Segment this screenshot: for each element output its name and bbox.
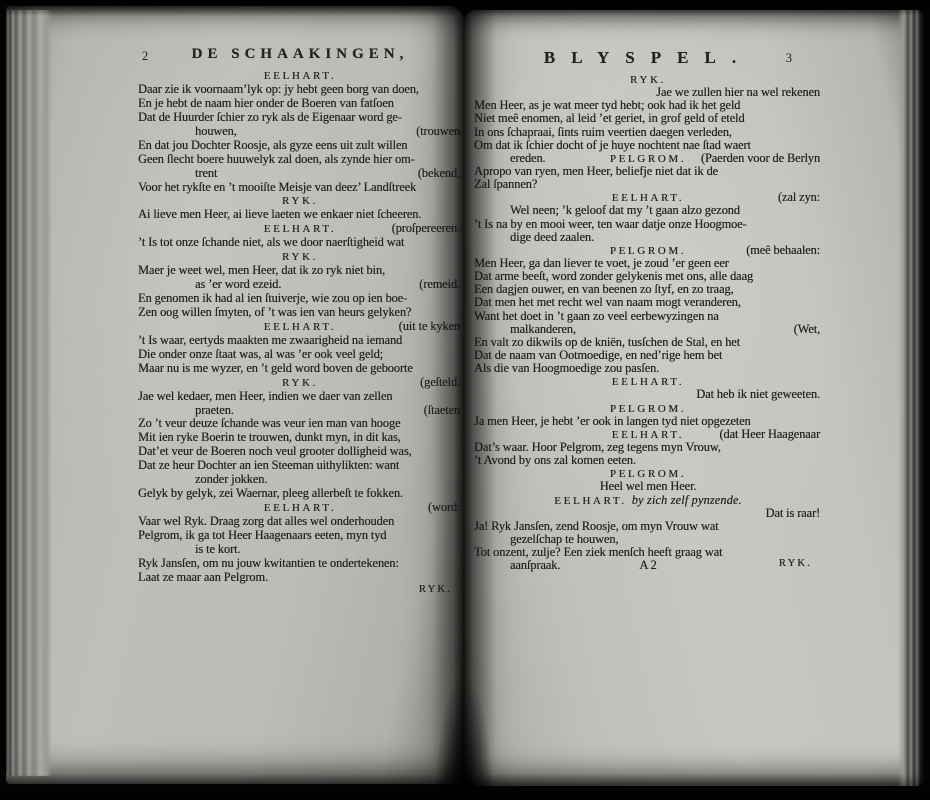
- turnover-text: (remeid.: [419, 277, 460, 292]
- speaker-line: Ryk.: [138, 193, 462, 207]
- verse-line: En genomen ik had al ien ſtuiverje, wie …: [138, 291, 462, 305]
- verse-line: Heel wel men Heer.: [474, 479, 822, 492]
- verse-line: Ai lieve men Heer, ai lieve laeten we en…: [138, 207, 462, 221]
- turnover-text: (ſtaeten: [424, 403, 460, 418]
- verse-text: Dat’et veur de Boeren noch veul grooter …: [138, 444, 412, 459]
- verse-text: as ’er word ezeid.: [195, 277, 281, 292]
- verse-text: Dat de Huurder ſchier zo ryk als de Eige…: [138, 110, 402, 125]
- verse-line: Daar zie ik voornaam’lyk op: jy hebt gee…: [138, 82, 462, 96]
- catchword: Ryk.: [779, 558, 812, 569]
- verse-text: houwen,: [195, 124, 237, 139]
- verse-line: Dat’s waar. Hoor Pelgrom, zeg tegens myn…: [474, 440, 822, 453]
- turnover-text: (proſpereeren.: [392, 221, 460, 236]
- verse-line: Die onder onze ſtaat was, al was ’er ook…: [138, 347, 462, 361]
- verse-line: Laat ze maar aan Pelgrom.: [138, 570, 462, 584]
- verse-line: Niet meê enomen, al leid ’et geriet, in …: [474, 111, 822, 124]
- verse-text: Ai lieve men Heer, ai lieve laeten we en…: [138, 207, 421, 222]
- verse-line: Men Heer, as je wat meer tyd hebt; ook h…: [474, 98, 822, 111]
- verse-text: Dat ze heur Dochter an ien Steeman uithy…: [138, 458, 399, 473]
- verse-line: ’t Is waar, eertyds maakten me zwaarighe…: [138, 333, 462, 347]
- running-title-left: De SCHAAKINGEN,: [138, 46, 462, 63]
- verse-text: En dat jou Dochter Roosje, als gyze eens…: [138, 138, 407, 153]
- speaker-line: Ryk.: [138, 249, 462, 263]
- page-header-right: BLYSPEL. 3: [474, 48, 822, 68]
- page-right: BLYSPEL. 3 Ryk.Jae we zullen hier na wel…: [464, 10, 924, 786]
- verse-line: zonder jokken.: [138, 472, 462, 486]
- speaker-line: Eelhart.(uit te kyken: [138, 319, 462, 333]
- speaker-line: Ryk.(geſteld.: [138, 375, 462, 389]
- verse-line: Maar nu is me wyzer, en ’t geld word bov…: [138, 361, 462, 375]
- speaker-line: Eelhart.(proſpereeren.: [138, 221, 462, 235]
- verse-line: praeten.(ſtaeten: [138, 403, 462, 417]
- verse-line: Wel neen; ’k geloof dat my ’t gaan alzo …: [474, 203, 822, 216]
- verse-line: is te kort.: [138, 542, 462, 556]
- running-title-right: BLYSPEL.: [474, 48, 822, 68]
- page-number-left: 2: [142, 49, 148, 64]
- verse-text: aanſpraak.: [510, 558, 560, 573]
- verse-line: Geen ſlecht boere huuwelyk zal doen, als…: [138, 152, 462, 166]
- page-edges-right: [898, 10, 924, 786]
- verse-line: Dat is raar!: [474, 506, 822, 519]
- turnover-text: (trouwen: [416, 124, 460, 139]
- verse-line: Maer je weet wel, men Heer, dat ik zo ry…: [138, 263, 462, 277]
- page-edges-left: [6, 10, 52, 776]
- page-header-left: 2 De SCHAAKINGEN,: [138, 46, 462, 66]
- verse-line: Jae we zullen hier na wel rekenen: [474, 85, 822, 98]
- verse-line: Dat men het met recht wel van naam mogt …: [474, 295, 822, 308]
- verse-text: ’t Is waar, eertyds maakten me zwaarighe…: [138, 333, 402, 348]
- verse-text: Maar nu is me wyzer, en ’t geld word bov…: [138, 361, 413, 376]
- verse-text: En genomen ik had al ien ſtuiverje, wie …: [138, 291, 407, 306]
- verse-line: gezelſchap te houwen,: [474, 532, 822, 545]
- verse-line: Zen oog willen ſmyten, of ’t was ien van…: [138, 305, 462, 319]
- verse-text: Jae wel kedaer, men Heer, indien we daer…: [138, 389, 392, 404]
- verse-text: praeten.: [195, 403, 234, 418]
- turnover-text: (bekend,: [418, 166, 460, 181]
- speaker-name: Ryk.: [282, 377, 318, 389]
- text-block-left: Eelhart.Daar zie ik voornaam’lyk op: jy …: [138, 68, 462, 598]
- stage-direction: by zich zelf pynzende.: [632, 493, 742, 507]
- verse-text: ’t Is tot onze ſchande niet, als we door…: [138, 235, 404, 250]
- verse-line: Ryk.: [138, 584, 462, 598]
- verse-line: Mit ien ryke Boerin te trouwen, dunkt my…: [138, 430, 462, 444]
- verse-line: as ’er word ezeid.(remeid.: [138, 277, 462, 291]
- verse-line: Men Heer, ga dan liever te voet, je zoud…: [474, 256, 822, 269]
- speaker-name: Eelhart.: [264, 321, 336, 333]
- page-left: 2 De SCHAAKINGEN, Eelhart.Daar zie ik vo…: [6, 6, 464, 784]
- verse-line: Om dat ik ſchier docht of je huye nochte…: [474, 138, 822, 151]
- verse-line: ’t Is na by en mooi weer, ten waar datje…: [474, 217, 822, 230]
- verse-line: Als die van Hoogmoedige zou pasſen.: [474, 361, 822, 374]
- speaker-line: Pelgrom.: [474, 401, 822, 414]
- verse-text: Voor het rykſte en ’t mooiſte Meisje van…: [138, 180, 416, 195]
- open-book-photo: 2 De SCHAAKINGEN, Eelhart.Daar zie ik vo…: [0, 0, 930, 800]
- verse-text: Zo ’t veur deuze ſchande was veur ien ma…: [138, 416, 400, 431]
- centered-text: Eelhart.: [138, 68, 462, 83]
- verse-text: Vaar wel Ryk. Draag zorg dat alles wel o…: [138, 514, 394, 529]
- verse-line: Dat’et veur de Boeren noch veul grooter …: [138, 444, 462, 458]
- verse-line: Zal ſpannen?: [474, 177, 822, 190]
- verse-text: Zen oog willen ſmyten, of ’t was ien van…: [138, 305, 411, 320]
- speaker-line: Eelhart.: [138, 68, 462, 82]
- verse-line: ’t Is tot onze ſchande niet, als we door…: [138, 235, 462, 249]
- page-number-right: 3: [786, 51, 792, 66]
- centered-text: Ryk.: [138, 375, 462, 390]
- speaker-line: Pelgrom.ereden.(Paerden voor de Berlyn: [474, 151, 822, 164]
- centered-text: Ryk.: [138, 193, 462, 208]
- speaker-name: Ryk.: [282, 251, 318, 263]
- speaker-line: Pelgrom.: [474, 466, 822, 479]
- speaker-line: Eelhart.(word.: [138, 500, 462, 514]
- verse-line: ’t Avond by ons zal komen eeten.: [474, 453, 822, 466]
- verse-text: Maer je weet wel, men Heer, dat ik zo ry…: [138, 263, 385, 278]
- speaker-line: Eelhart.: [474, 374, 822, 387]
- verse-line: In ons ſchapraai, ſints ruim veertien da…: [474, 125, 822, 138]
- centered-dialogue: Heel wel men Heer.: [600, 479, 697, 493]
- verse-line: Dat de Huurder ſchier zo ryk als de Eige…: [138, 110, 462, 124]
- speaker-line: Eelhart.(zal zyn:: [474, 190, 822, 203]
- catchword: Ryk.: [419, 584, 452, 595]
- verse-text: Daar zie ik voornaam’lyk op: jy hebt gee…: [138, 82, 419, 97]
- signature-mark: A 2: [639, 558, 656, 572]
- verse-text: Pelgrom, ik ga tot Heer Haagenaars eeten…: [138, 528, 386, 543]
- verse-line: Gelyk by gelyk, zei Waernar, pleeg aller…: [138, 486, 462, 500]
- verse-text: is te kort.: [195, 542, 240, 557]
- speaker-name: Ryk.: [282, 195, 318, 207]
- verse-text: Geen ſlecht boere huuwelyk zal doen, als…: [138, 152, 415, 167]
- speaker-line: Ryk.: [474, 72, 822, 85]
- verse-text: Die onder onze ſtaat was, al was ’er ook…: [138, 347, 383, 362]
- speaker-line: Pelgrom.(meê behaalen:: [474, 243, 822, 256]
- verse-line: Ja men Heer, je hebt ’er ook in langen t…: [474, 414, 822, 427]
- verse-line: Dat de naam van Ootmoedige, en ned’rige …: [474, 348, 822, 361]
- verse-line: Ryk Jansſen, om nu jouw kwitantien te on…: [138, 556, 462, 570]
- verse-line: Dat arme beeſt, word zonder gelykenis me…: [474, 269, 822, 282]
- verse-line: Voor het rykſte en ’t mooiſte Meisje van…: [138, 180, 462, 194]
- verse-line: A 2aanſpraak.Ryk.: [474, 558, 822, 571]
- verse-text: trent: [195, 166, 217, 181]
- speaker-name: Eelhart.: [264, 502, 336, 514]
- verse-line: Ja! Ryk Jansſen, zend Roosje, om myn Vro…: [474, 519, 822, 532]
- verse-line: En dat jou Dochter Roosje, als gyze eens…: [138, 138, 462, 152]
- verse-line: En valt zo dikwils op de kniën, tusſchen…: [474, 335, 822, 348]
- verse-line: Jae wel kedaer, men Heer, indien we daer…: [138, 389, 462, 403]
- verse-line: Vaar wel Ryk. Draag zorg dat alles wel o…: [138, 514, 462, 528]
- turnover-text: (word.: [428, 500, 460, 515]
- turnover-text: (uit te kyken: [399, 319, 460, 334]
- verse-text: Mit ien ryke Boerin te trouwen, dunkt my…: [138, 430, 401, 445]
- speaker-name: Eelhart.: [264, 223, 336, 235]
- verse-line: Zo ’t veur deuze ſchande was veur ien ma…: [138, 416, 462, 430]
- verse-line: En je hebt de naam hier onder de Boeren …: [138, 96, 462, 110]
- verse-line: Want het doet in ’t gaan zo veel eerbewy…: [474, 309, 822, 322]
- verse-line: Dat heb ik niet geweeten.: [474, 387, 822, 400]
- verse-line: Apropo van ryen, men Heer, beliefje niet…: [474, 164, 822, 177]
- verse-line: Pelgrom, ik ga tot Heer Haagenaars eeten…: [138, 528, 462, 542]
- speaker-line: Eelhart.(dat Heer Haagenaar: [474, 427, 822, 440]
- speaker-line: Eelhart.by zich zelf pynzende.: [474, 493, 822, 506]
- verse-text: Ryk Jansſen, om nu jouw kwitantien te on…: [138, 556, 399, 571]
- verse-line: Een dagjen ouwer, en van beenen zo ſtyf,…: [474, 282, 822, 295]
- turnover-text: (geſteld.: [420, 375, 460, 390]
- verse-line: malkanderen,(Wet,: [474, 322, 822, 335]
- verse-text: zonder jokken.: [195, 472, 267, 487]
- verse-text: En je hebt de naam hier onder de Boeren …: [138, 96, 394, 111]
- speaker-name: Eelhart.: [264, 70, 336, 82]
- centered-text: Ryk.: [138, 249, 462, 264]
- verse-text: Laat ze maar aan Pelgrom.: [138, 570, 268, 585]
- text-block-right: Ryk.Jae we zullen hier na wel rekenenMen…: [474, 72, 822, 571]
- centered-text: Eelhart.: [138, 500, 462, 515]
- verse-line: houwen,(trouwen: [138, 124, 462, 138]
- verse-text: Gelyk by gelyk, zei Waernar, pleeg aller…: [138, 486, 403, 501]
- verse-line: Tot onzent, zulje? Een ziek menſch heeft…: [474, 545, 822, 558]
- verse-line: dige deed zaalen.: [474, 230, 822, 243]
- verse-line: trent(bekend,: [138, 166, 462, 180]
- verse-line: Dat ze heur Dochter an ien Steeman uithy…: [138, 458, 462, 472]
